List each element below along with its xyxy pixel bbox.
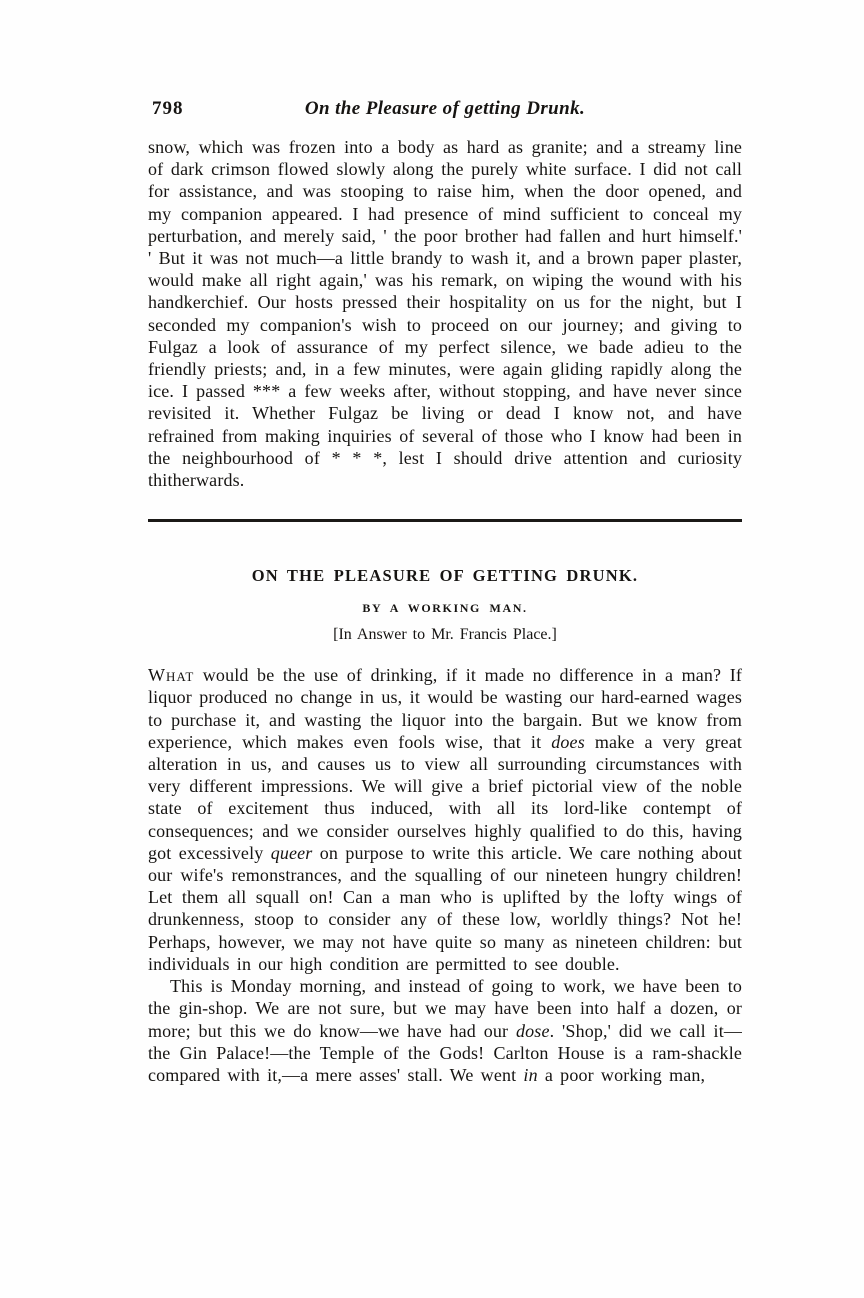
article-title: ON THE PLEASURE OF GETTING DRUNK. <box>148 566 742 586</box>
article-byline: BY A WORKING MAN. <box>148 601 742 616</box>
article-paragraph-1: What would be the use of drinking, if it… <box>148 664 742 975</box>
article-subtitle: [In Answer to Mr. Francis Place.] <box>148 626 742 644</box>
book-page: 798 On the Pleasure of getting Drunk. sn… <box>0 0 864 1298</box>
article-title-block: ON THE PLEASURE OF GETTING DRUNK. BY A W… <box>148 566 742 644</box>
section-divider-rule <box>148 519 742 522</box>
running-head: 798 On the Pleasure of getting Drunk. <box>148 98 742 128</box>
page-number: 798 <box>152 98 184 120</box>
running-header-title: On the Pleasure of getting Drunk. <box>148 98 742 120</box>
article-paragraph-2: This is Monday morning, and instead of g… <box>148 975 742 1086</box>
continuation-paragraph: snow, which was frozen into a body as ha… <box>148 136 742 491</box>
